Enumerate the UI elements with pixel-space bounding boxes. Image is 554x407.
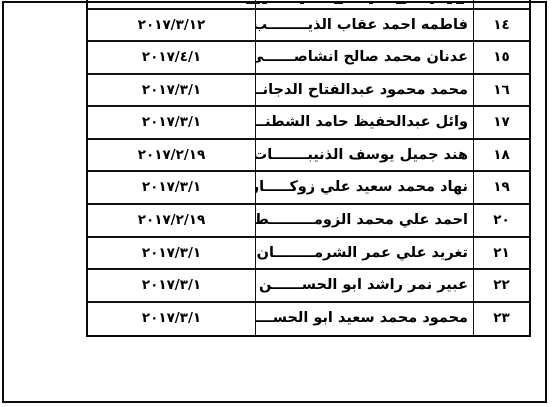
appointment-date-cell: ٢٠١٧/٣/١: [88, 238, 256, 269]
serial-number-cell: ١٧: [474, 107, 529, 138]
table-row: ٢٠١٧/٤/١ عدنان محمد صالح انشاصــــــى ١٥: [88, 42, 529, 75]
employee-name-cell: فاطمه احمد عقاب الذيــــــــب: [256, 10, 474, 41]
appointment-date-cell: ٢٠١٧/٤/١: [88, 42, 256, 73]
clipped-row-remnant: [88, 0, 529, 10]
serial-number-cell: ١٨: [474, 140, 529, 171]
employee-name-cell: هند جميل يوسف الذنيبـــــــات: [256, 140, 474, 171]
serial-number-cell: ١٩: [474, 172, 529, 203]
serial-number-cell: ٢٠: [474, 205, 529, 236]
table-row: ٢٠١٧/٣/١ محمود محمد سعيد ابو الحســــن ٢…: [88, 303, 529, 336]
table-row: ٢٠١٧/٢/١٩ احمد علي محمد الزومـــــــــط …: [88, 205, 529, 238]
appointment-date-cell: ٢٠١٧/٣/١: [88, 270, 256, 301]
serial-number-cell: ٢١: [474, 238, 529, 269]
clipped-text-remnant: [369, 1, 373, 4]
clipped-text-remnant: [430, 1, 434, 4]
employee-name-cell: وائل عبدالحفيظ حامد الشطنــاوى: [256, 107, 474, 138]
clipped-text-remnant: [262, 1, 267, 4]
appointment-date-cell: ٢٠١٧/٢/١٩: [88, 140, 256, 171]
serial-number-cell: ٢٣: [474, 303, 529, 336]
table-row: ٢٠١٧/٣/١ نهاد محمد سعيد علي زوكـــــاري …: [88, 172, 529, 205]
clipped-text-remnant: [456, 1, 464, 4]
appointment-date-cell: ٢٠١٧/٣/١٢: [88, 10, 256, 41]
appointment-date-cell: ٢٠١٧/٣/١: [88, 75, 256, 106]
table-row: ٢٠١٧/٣/١ وائل عبدالحفيظ حامد الشطنــاوى …: [88, 107, 529, 140]
document-page: ٢٠١٧/٣/١٢ فاطمه احمد عقاب الذيــــــــب …: [0, 0, 554, 407]
employee-name-cell: محمد محمود عبدالفتاح الدجانـــي: [256, 75, 474, 106]
serial-number-cell: ١٥: [474, 42, 529, 73]
table-row: ٢٠١٧/٣/١ عبير نمر راشد ابو الحســــــن ٢…: [88, 270, 529, 303]
clipped-name-cell: [256, 0, 474, 8]
appointment-date-cell: ٢٠١٧/٣/١: [88, 107, 256, 138]
clipped-text-remnant: [396, 1, 406, 4]
clipped-text-remnant: [447, 1, 452, 4]
table-row: ٢٠١٧/٢/١٩ هند جميل يوسف الذنيبـــــــات …: [88, 140, 529, 173]
employee-name-cell: عدنان محمد صالح انشاصــــــى: [256, 42, 474, 73]
appointment-date-cell: ٢٠١٧/٢/١٩: [88, 205, 256, 236]
serial-number-cell: ٢٢: [474, 270, 529, 301]
clipped-serial-cell: [474, 0, 529, 8]
employee-name-cell: احمد علي محمد الزومـــــــــط: [256, 205, 474, 236]
clipped-text-remnant: [300, 1, 304, 4]
serial-number-cell: ١٦: [474, 75, 529, 106]
roster-table-body: ٢٠١٧/٣/١٢ فاطمه احمد عقاب الذيــــــــب …: [88, 10, 529, 336]
serial-number-cell: ١٤: [474, 10, 529, 41]
appointment-date-cell: ٢٠١٧/٣/١: [88, 303, 256, 336]
table-row: ٢٠١٧/٣/١ تغريد علي عمر الشرمــــــــان ٢…: [88, 238, 529, 271]
employee-name-cell: نهاد محمد سعيد علي زوكـــــاري: [256, 172, 474, 203]
roster-table: ٢٠١٧/٣/١٢ فاطمه احمد عقاب الذيــــــــب …: [86, 0, 531, 337]
employee-name-cell: تغريد علي عمر الشرمــــــــان: [256, 238, 474, 269]
employee-name-cell: محمود محمد سعيد ابو الحســــن: [256, 303, 474, 336]
appointment-date-cell: ٢٠١٧/٣/١: [88, 172, 256, 203]
clipped-date-cell: [88, 0, 256, 8]
clipped-text-remnant: [334, 1, 343, 4]
employee-name-cell: عبير نمر راشد ابو الحســــــن: [256, 270, 474, 301]
table-row: ٢٠١٧/٣/١٢ فاطمه احمد عقاب الذيــــــــب …: [88, 10, 529, 43]
clipped-text-remnant: [246, 1, 260, 4]
table-row: ٢٠١٧/٣/١ محمد محمود عبدالفتاح الدجانـــي…: [88, 75, 529, 108]
